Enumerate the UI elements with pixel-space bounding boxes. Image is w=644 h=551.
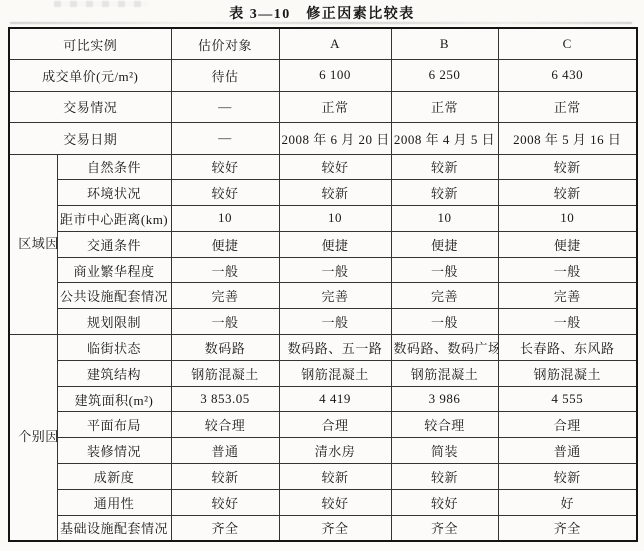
comparison-table-wrap: 可比实例 估价对象 A B C 成交单价(元/m²) 待估 6 100 6 25… <box>8 27 638 542</box>
header-case-b: B <box>391 28 498 60</box>
table-row: 个别因素 临街状态 数码路 数码路、五一路 数码路、数码广场 长春路、东风路 <box>9 335 637 361</box>
cell-value: 较好 <box>391 489 498 515</box>
cell-value: 6 100 <box>279 60 391 92</box>
cell-value: 数码路 <box>171 335 279 361</box>
cell-value: 好 <box>498 489 637 515</box>
row-label: 临街状态 <box>57 335 171 361</box>
table-row: 交通条件 便捷 便捷 便捷 便捷 <box>9 231 637 257</box>
cell-value: 数码路、数码广场 <box>391 335 498 361</box>
cell-value: 10 <box>279 206 391 232</box>
cell-value: 数码路、五一路 <box>279 335 391 361</box>
cell-value: 10 <box>391 206 498 232</box>
cell-value: 较新 <box>498 464 637 490</box>
cell-value: 钢筋混凝土 <box>498 360 637 386</box>
table-row: 区域因素 自然条件 较好 较好 较新 较新 <box>9 154 637 180</box>
cell-value: 便捷 <box>171 231 279 257</box>
row-label: 建筑面积(m²) <box>57 386 171 412</box>
cell-value: 正常 <box>498 91 637 123</box>
table-row: 成新度 较新 较新 较新 较新 <box>9 464 637 490</box>
cell-value: 普通 <box>498 438 637 464</box>
table-row: 建筑结构 钢筋混凝土 钢筋混凝土 钢筋混凝土 钢筋混凝土 <box>9 360 637 386</box>
table-row: 装修情况 普通 清水房 简装 普通 <box>9 438 637 464</box>
table-row: 距市中心距离(km) 10 10 10 10 <box>9 206 637 232</box>
cell-value: 齐全 <box>498 515 637 541</box>
cell-value: 完善 <box>391 283 498 309</box>
cell-value: 正常 <box>279 91 391 123</box>
header-comparable-label: 可比实例 <box>9 28 171 60</box>
cell-value: 普通 <box>171 438 279 464</box>
table-row: 公共设施配套情况 完善 完善 完善 完善 <box>9 283 637 309</box>
cell-value: 较好 <box>279 154 391 180</box>
cell-value: 钢筋混凝土 <box>171 360 279 386</box>
cell-value: 4 555 <box>498 386 637 412</box>
cell-value: 合理 <box>498 412 637 438</box>
cell-value: 3 853.05 <box>171 386 279 412</box>
table-row: 成交单价(元/m²) 待估 6 100 6 250 6 430 <box>9 60 637 92</box>
row-label: 商业繁华程度 <box>57 257 171 283</box>
cell-value: 10 <box>171 206 279 232</box>
cell-value: 一般 <box>279 257 391 283</box>
cell-value: 合理 <box>279 412 391 438</box>
cell-value: 2008 年 6 月 20 日 <box>279 123 391 155</box>
cell-value: 完善 <box>498 283 637 309</box>
cell-value: 一般 <box>498 257 637 283</box>
header-case-c: C <box>498 28 637 60</box>
cell-value: 简装 <box>391 438 498 464</box>
cell-value: 较新 <box>498 180 637 206</box>
row-label: 成交单价(元/m²) <box>9 60 171 92</box>
table-row: 交易日期 — 2008 年 6 月 20 日 2008 年 4 月 5 日 20… <box>9 123 637 155</box>
cell-value: 一般 <box>391 309 498 335</box>
cell-value: 齐全 <box>391 515 498 541</box>
table-row: 商业繁华程度 一般 一般 一般 一般 <box>9 257 637 283</box>
cell-value: 完善 <box>171 283 279 309</box>
cell-value: 较好 <box>171 180 279 206</box>
cell-value: 6 250 <box>391 60 498 92</box>
cell-value: 较合理 <box>171 412 279 438</box>
cell-value: 便捷 <box>391 231 498 257</box>
row-label: 交易情况 <box>9 91 171 123</box>
cell-value: 较合理 <box>391 412 498 438</box>
cell-value: 较新 <box>279 464 391 490</box>
row-label: 平面布局 <box>57 412 171 438</box>
cell-value: 10 <box>498 206 637 232</box>
cell-value: 较好 <box>171 154 279 180</box>
row-label: 环境状况 <box>57 180 171 206</box>
table-row: 可比实例 估价对象 A B C <box>9 28 637 60</box>
table-row: 通用性 较好 较好 较好 好 <box>9 489 637 515</box>
cell-value: 待估 <box>171 60 279 92</box>
row-label: 成新度 <box>57 464 171 490</box>
cell-value: 较好 <box>279 489 391 515</box>
cell-value: 3 986 <box>391 386 498 412</box>
cell-value: — <box>171 123 279 155</box>
cell-value: 钢筋混凝土 <box>279 360 391 386</box>
header-subject: 估价对象 <box>171 28 279 60</box>
row-label: 自然条件 <box>57 154 171 180</box>
table-row: 基础设施配套情况 齐全 齐全 齐全 齐全 <box>9 515 637 541</box>
header-case-a: A <box>279 28 391 60</box>
cell-value: 较新 <box>279 180 391 206</box>
cell-value: 2008 年 4 月 5 日 <box>391 123 498 155</box>
row-label: 规划限制 <box>57 309 171 335</box>
cell-value: 较新 <box>498 154 637 180</box>
cell-value: 一般 <box>171 257 279 283</box>
row-label: 建筑结构 <box>57 360 171 386</box>
cell-value: 4 419 <box>279 386 391 412</box>
row-label: 基础设施配套情况 <box>57 515 171 541</box>
cell-value: — <box>171 91 279 123</box>
table-row: 平面布局 较合理 合理 较合理 合理 <box>9 412 637 438</box>
cell-value: 便捷 <box>498 231 637 257</box>
cell-value: 清水房 <box>279 438 391 464</box>
comparison-table: 可比实例 估价对象 A B C 成交单价(元/m²) 待估 6 100 6 25… <box>8 27 638 542</box>
cell-value: 一般 <box>498 309 637 335</box>
row-label: 公共设施配套情况 <box>57 283 171 309</box>
cell-value: 完善 <box>279 283 391 309</box>
cell-value: 一般 <box>279 309 391 335</box>
table-row: 规划限制 一般 一般 一般 一般 <box>9 309 637 335</box>
page-title: 表 3—10 修正因素比较表 <box>0 3 644 23</box>
row-label: 交易日期 <box>9 123 171 155</box>
cell-value: 长春路、东风路 <box>498 335 637 361</box>
row-label: 交通条件 <box>57 231 171 257</box>
table-row: 环境状况 较好 较新 较新 较新 <box>9 180 637 206</box>
cell-value: 较新 <box>391 154 498 180</box>
cell-value: 较新 <box>391 180 498 206</box>
cell-value: 一般 <box>171 309 279 335</box>
cell-value: 一般 <box>391 257 498 283</box>
cell-value: 较好 <box>171 489 279 515</box>
row-label: 通用性 <box>57 489 171 515</box>
cell-value: 便捷 <box>279 231 391 257</box>
group-cell-individual-factors: 个别因素 <box>9 335 57 541</box>
cell-value: 较新 <box>171 464 279 490</box>
row-label: 距市中心距离(km) <box>57 206 171 232</box>
cell-value: 钢筋混凝土 <box>391 360 498 386</box>
cell-value: 齐全 <box>171 515 279 541</box>
table-row: 交易情况 — 正常 正常 正常 <box>9 91 637 123</box>
row-label: 装修情况 <box>57 438 171 464</box>
cell-value: 较新 <box>391 464 498 490</box>
cell-value: 2008 年 5 月 16 日 <box>498 123 637 155</box>
cell-value: 6 430 <box>498 60 637 92</box>
cell-value: 正常 <box>391 91 498 123</box>
table-row: 建筑面积(m²) 3 853.05 4 419 3 986 4 555 <box>9 386 637 412</box>
group-cell-regional-factors: 区域因素 <box>9 154 57 335</box>
cell-value: 齐全 <box>279 515 391 541</box>
